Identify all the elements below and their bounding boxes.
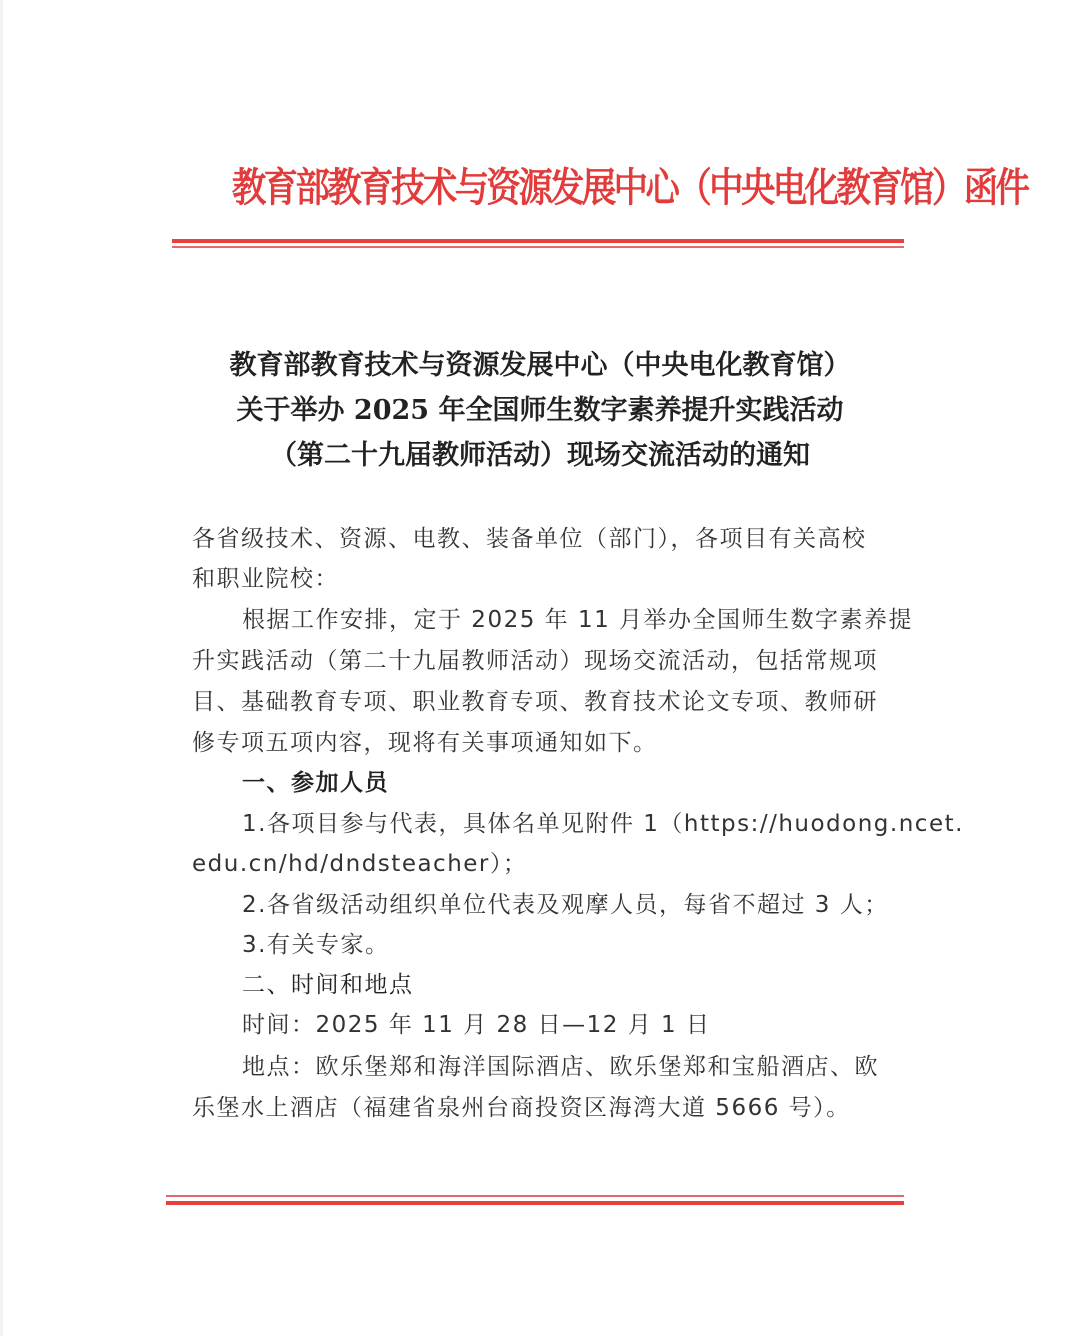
footer-rule-thin — [166, 1195, 904, 1197]
section-2-heading: 二、时间和地点 — [242, 966, 942, 999]
section-2-place-line-2: 乐堡水上酒店（福建省泉州台商投资区海湾大道 5666 号）。 — [192, 1089, 892, 1122]
section-1-item-2: 2.各省级活动组织单位代表及观摩人员，每省不超过 3 人； — [242, 886, 942, 919]
salutation-line-1: 各省级技术、资源、电教、装备单位（部门），各项目有关高校 — [192, 520, 892, 553]
intro-line-4: 修专项五项内容，现将有关事项通知如下。 — [192, 724, 892, 757]
intro-line-1: 根据工作安排，定于 2025 年 11 月举办全国师生数字素养提 — [242, 601, 942, 634]
letterhead-rule-thin — [172, 246, 904, 248]
section-1-item-1-cont: edu.cn/hd/dndsteacher）； — [192, 845, 892, 878]
notice-title-line-3: （第二十九届教师活动）现场交流活动的通知 — [170, 433, 910, 472]
page-edge — [0, 0, 3, 1336]
salutation-line-2: 和职业院校： — [192, 560, 892, 593]
section-1-heading: 一、参加人员 — [242, 764, 942, 797]
section-2-place-line-1: 地点：欧乐堡郑和海洋国际酒店、欧乐堡郑和宝船酒店、欧 — [242, 1048, 942, 1081]
section-2-time: 时间：2025 年 11 月 28 日—12 月 1 日 — [242, 1006, 942, 1039]
intro-line-2: 升实践活动（第二十九届教师活动）现场交流活动，包括常规项 — [192, 642, 892, 675]
intro-line-3: 目、基础教育专项、职业教育专项、教育技术论文专项、教师研 — [192, 683, 892, 716]
section-1-item-1: 1.各项目参与代表，具体名单见附件 1（https://huodong.ncet… — [242, 805, 942, 838]
section-1-item-3: 3.有关专家。 — [242, 926, 942, 959]
letterhead-rule-thick — [172, 239, 904, 243]
notice-title-line-2: 关于举办 2025 年全国师生数字素养提升实践活动 — [170, 388, 910, 427]
footer-rule-thick — [166, 1201, 904, 1205]
notice-title-line-1: 教育部教育技术与资源发展中心（中央电化教育馆） — [170, 343, 910, 382]
letterhead-title: 教育部教育技术与资源发展中心（中央电化教育馆）函件 — [232, 160, 844, 216]
